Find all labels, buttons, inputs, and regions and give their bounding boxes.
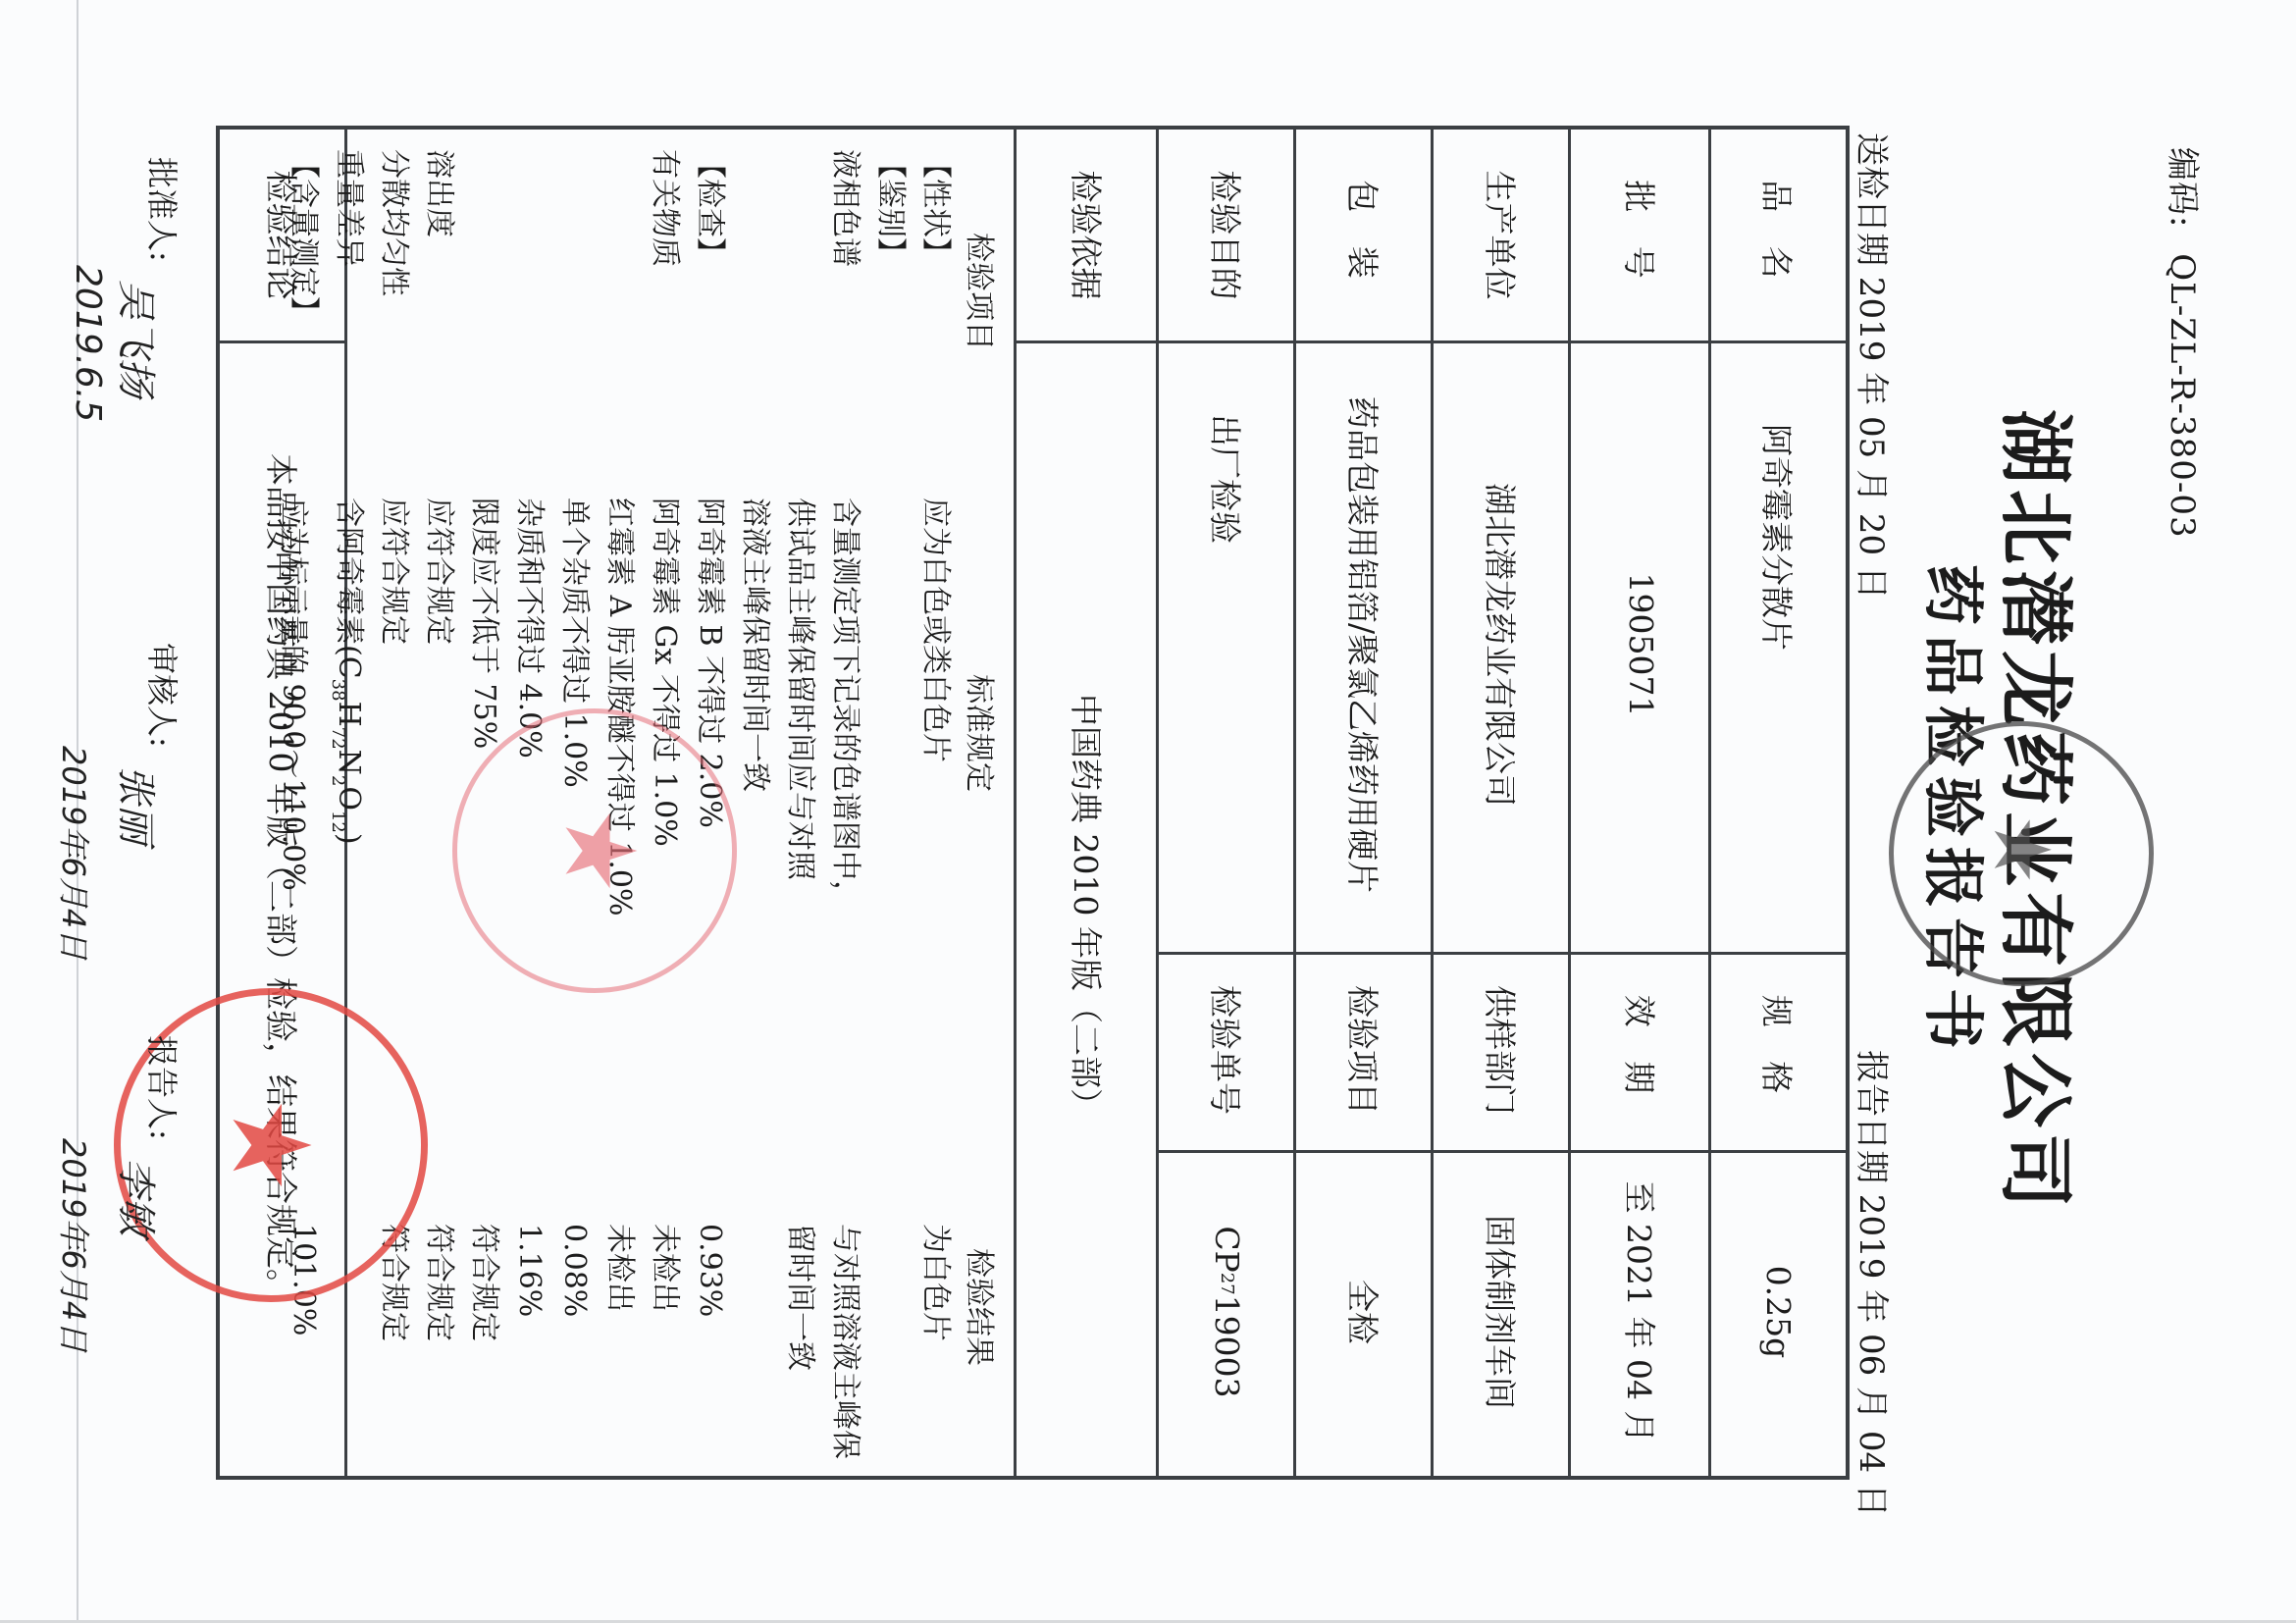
test-item: 【鉴别】 <box>867 149 913 326</box>
value-packaging: 药品包装用铝箔/聚氯乙烯药用硬片 <box>1296 340 1434 949</box>
value-purpose: 出厂检验 <box>1159 414 1296 944</box>
report-table: 品 名 阿奇霉素分散片 规 格 0.25g 批 号 1905071 效 期 至 … <box>216 126 1850 1480</box>
test-item: 【性状】 <box>913 149 958 326</box>
reporter-label: 报告人: <box>141 1035 186 1140</box>
test-item: 【检查】 <box>687 149 732 326</box>
value-spec: 0.25g <box>1711 1150 1846 1474</box>
result-line: 符合规定 <box>461 1224 506 1459</box>
value-sample-dept: 固体制剂车间 <box>1434 1150 1571 1474</box>
standard-line <box>867 497 913 916</box>
report-date: 报告日期 2019 年 06 月 04 日 <box>1851 1050 1899 1517</box>
report-page: 编码: QL-ZL-R-380-03 湖北潜龙药业有限公司 药品检验报告书 ★ … <box>0 0 2296 1623</box>
reviewer-date: 2019年6月4日 <box>53 746 98 960</box>
standard-line: 应符合规定 <box>371 497 416 916</box>
test-item: 液相色谱 <box>822 149 867 326</box>
test-item: 溶出度 <box>416 149 461 326</box>
submit-date: 送检日期 2019 年 05 月 20 日 <box>1851 132 1899 600</box>
approver-signature: 吴飞扬 <box>111 280 167 397</box>
test-item: 有关物质 <box>642 149 687 326</box>
col-standard: 标准规定 <box>953 674 1012 792</box>
col-result: 检验结果 <box>953 1248 1012 1366</box>
test-item <box>506 149 551 326</box>
result-line: 为白色片 <box>913 1224 958 1459</box>
seal-star-icon: ★ <box>1982 814 2061 885</box>
reporter-date: 2019年6月4日 <box>53 1138 98 1352</box>
test-item <box>732 149 777 326</box>
report-seal-star-icon: ★ <box>217 1086 325 1204</box>
form-code: 编码: QL-ZL-R-380-03 <box>2162 147 2210 539</box>
value-test-scope: 全检 <box>1296 1150 1434 1474</box>
approver-date: 2019.6.5 <box>68 265 108 422</box>
test-item <box>597 149 642 326</box>
result-line <box>732 1224 777 1459</box>
standard-line: 应为白色或类白色片 <box>913 497 958 916</box>
result-line <box>867 1224 913 1459</box>
label-manufacturer: 生产单位 <box>1434 130 1571 340</box>
result-line: 1.16% <box>506 1224 551 1459</box>
reviewer-signature: 张丽 <box>111 765 167 844</box>
label-purpose: 检验目的 <box>1159 130 1296 340</box>
test-item <box>777 149 822 326</box>
result-line: 未检出 <box>642 1224 687 1459</box>
reviewer-label: 审核人: <box>141 643 186 748</box>
result-line: 0.93% <box>687 1224 732 1459</box>
label-spec: 规 格 <box>1711 952 1846 1148</box>
label-test-no: 检验单号 <box>1159 952 1296 1148</box>
results-list: 为白色片 与对照溶液主峰保留时间一致 0.93%未检出未检出0.08%1.16%… <box>281 1224 958 1459</box>
label-sample-dept: 供样部门 <box>1434 952 1571 1148</box>
label-expiry: 效 期 <box>1571 952 1711 1148</box>
value-test-no: CP2719003 <box>1159 1150 1296 1474</box>
label-test-scope: 检验项目 <box>1296 952 1434 1148</box>
label-batch: 批 号 <box>1571 130 1711 340</box>
col-test-item: 检验项目 <box>953 233 1012 350</box>
label-packaging: 包 装 <box>1296 130 1434 340</box>
result-line: 与对照溶液主峰保 <box>822 1224 867 1459</box>
approver-label: 批准人: <box>141 157 186 262</box>
standard-line: 溶液主峰保留时间一致 <box>732 497 777 916</box>
form-code-value: QL-ZL-R-380-03 <box>2163 253 2202 538</box>
value-manufacturer: 湖北潜龙药业有限公司 <box>1434 340 1571 949</box>
reporter-signature: 李敏 <box>111 1158 167 1236</box>
test-item <box>551 149 597 326</box>
label-conclusion: 检验结论 <box>220 130 347 340</box>
form-code-label: 编码: <box>2163 147 2202 228</box>
result-line: 未检出 <box>597 1224 642 1459</box>
value-batch: 1905071 <box>1571 340 1711 949</box>
standard-line: 供试品主峰保留时间应与对照 <box>777 497 822 916</box>
test-item: 分散均匀性 <box>371 149 416 326</box>
result-line: 0.08% <box>551 1224 597 1459</box>
result-line: 留时间一致 <box>777 1224 822 1459</box>
regulator-seal-star-icon: ★ <box>550 797 649 905</box>
value-product-name: 阿奇霉素分散片 <box>1711 424 1846 944</box>
conclusion-text: 本品按中国药典 2010 年版（二部）检验，结果符合规定。 <box>220 453 347 1474</box>
value-expiry: 至 2021 年 04 月 <box>1571 1150 1711 1474</box>
result-line: 符合规定 <box>416 1224 461 1459</box>
test-items-list: 【性状】【鉴别】液相色谱 【检查】有关物质 溶出度分散均匀性重量差异【含量测定】 <box>281 149 958 326</box>
test-item <box>461 149 506 326</box>
standard-line: 含量测定项下记录的色谱图中， <box>822 497 867 916</box>
value-basis: 中国药典 2010 年版（二部） <box>1017 340 1159 1474</box>
label-basis: 检验依据 <box>1017 130 1159 340</box>
label-product-name: 品 名 <box>1711 130 1846 340</box>
